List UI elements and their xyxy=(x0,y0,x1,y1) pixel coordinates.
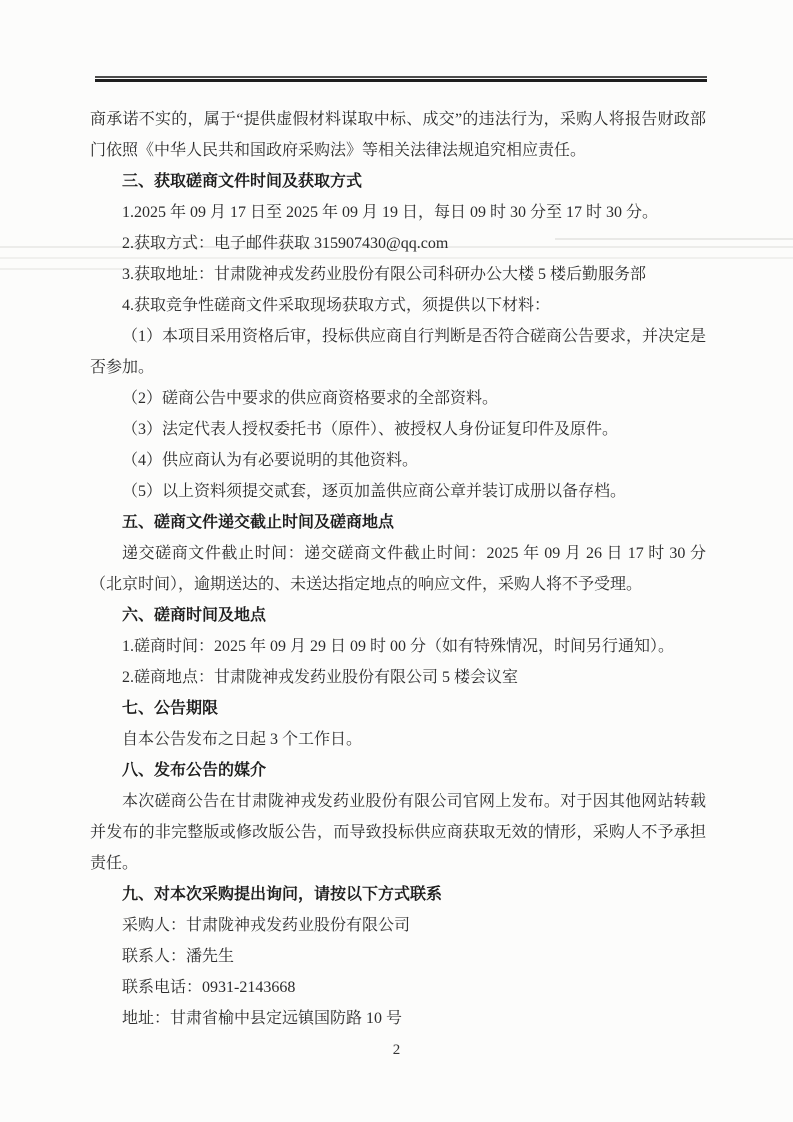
paragraph: （2）磋商公告中要求的供应商资格要求的全部资料。 xyxy=(90,383,706,414)
page-number: 2 xyxy=(0,1040,793,1060)
paragraph: 自本公告发布之日起 3 个工作日。 xyxy=(90,724,706,755)
purchaser-line: 采购人：甘肃陇神戎发药业股份有限公司 xyxy=(90,910,706,941)
paragraph: （4）供应商认为有必要说明的其他资料。 xyxy=(90,445,706,476)
section-heading-3: 三、获取磋商文件时间及获取方式 xyxy=(90,166,706,197)
paragraph: （5）以上资料须提交贰套，逐页加盖供应商公章并装订成册以备存档。 xyxy=(90,476,706,507)
paragraph: 2.获取方式：电子邮件获取 315907430@qq.com xyxy=(90,228,706,259)
document-body: 商承诺不实的，属于“提供虚假材料谋取中标、成交”的违法行为，采购人将报告财政部门… xyxy=(90,104,706,1034)
paragraph: 本次磋商公告在甘肃陇神戎发药业股份有限公司官网上发布。对于因其他网站转载并发布的… xyxy=(90,786,706,879)
paragraph: 递交磋商文件截止时间：递交磋商文件截止时间：2025 年 09 月 26 日 1… xyxy=(90,538,706,600)
address-line: 地址：甘肃省榆中县定远镇国防路 10 号 xyxy=(90,1003,706,1034)
paragraph: 1.2025 年 09 月 17 日至 2025 年 09 月 19 日，每日 … xyxy=(90,197,706,228)
paragraph: （3）法定代表人授权委托书（原件）、被授权人身份证复印件及原件。 xyxy=(90,414,706,445)
paragraph: 4.获取竞争性磋商文件采取现场获取方式，须提供以下材料： xyxy=(90,290,706,321)
paragraph: 3.获取地址：甘肃陇神戎发药业股份有限公司科研办公大楼 5 楼后勤服务部 xyxy=(90,259,706,290)
section-heading-5: 五、磋商文件递交截止时间及磋商地点 xyxy=(90,507,706,538)
document-page: 商承诺不实的，属于“提供虚假材料谋取中标、成交”的违法行为，采购人将报告财政部门… xyxy=(0,0,793,1122)
paragraph-continuation: 商承诺不实的，属于“提供虚假材料谋取中标、成交”的违法行为，采购人将报告财政部门… xyxy=(90,104,706,166)
contact-person-line: 联系人：潘先生 xyxy=(90,941,706,972)
section-heading-7: 七、公告期限 xyxy=(90,693,706,724)
header-rule xyxy=(95,76,707,82)
paragraph: 2.磋商地点：甘肃陇神戎发药业股份有限公司 5 楼会议室 xyxy=(90,662,706,693)
contact-phone-line: 联系电话：0931-2143668 xyxy=(90,972,706,1003)
paragraph: （1）本项目采用资格后审，投标供应商自行判断是否符合磋商公告要求，并决定是否参加… xyxy=(90,321,706,383)
section-heading-6: 六、磋商时间及地点 xyxy=(90,600,706,631)
paragraph: 1.磋商时间：2025 年 09 月 29 日 09 时 00 分（如有特殊情况… xyxy=(90,631,706,662)
section-heading-8: 八、发布公告的媒介 xyxy=(90,755,706,786)
section-heading-9: 九、对本次采购提出询问，请按以下方式联系 xyxy=(90,879,706,910)
